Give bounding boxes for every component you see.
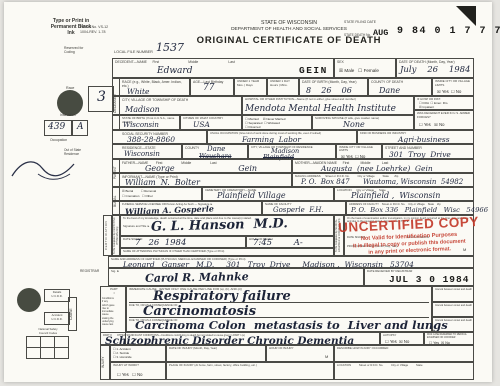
field-certifier-name-address: NAME AND ADDRESS OF CERTIFIER (PHYSICIAN… [108,256,474,268]
cemetery-value: Plainfield Village [217,191,286,200]
form-revision: 1004-REV. 1-78 [80,30,105,34]
residence-inside-limits-label: INSIDE CITY OR VILLAGE LIMITS [337,145,381,153]
field-county-of-death: COUNTY OF DEATH Dane [368,78,432,96]
citizen-label: CITIZEN OF WHAT COUNTRY [181,116,241,121]
field-residence-state: RESIDENCE—STATE Wisconsin [112,144,182,159]
field-facility-name: NAME OF FACILITY Gosperle F.H. [262,201,346,215]
reserved-for-coding: Reserved for Coding [64,46,106,54]
facility-address-value: P. O. Box 336 Plainfield Wisc 54966 [351,206,488,214]
date-received-label: DATE RECEIVED BY REGISTRAR [365,269,473,274]
field-date-of-death: DATE OF DEATH (Month, Day, Year) July 26… [396,58,474,78]
field-cemetery: CEMETERY OR CREMATORY—NAME Plainfield Vi… [202,187,334,201]
facility-name-value: Gosperle F.H. [273,206,324,214]
field-facility-address: ADDRESS OF FACILITY Street or R.F.D. No.… [346,201,474,215]
city-of-death-value: Madison [125,105,160,114]
field-case-referred: WAS CASE REFERRED TO MEDICAL EXAMINER OR… [424,332,474,345]
residence-state-value: Wisconsin [124,150,160,158]
nsc-grid-cell [40,347,55,359]
county-of-death-label: COUNTY OF DEATH [369,79,431,84]
part1-label: PART I [101,287,125,296]
race-value: White [127,87,149,96]
state-death-no-label: STATE DEATH No. [344,33,371,37]
date-of-birth-value: 8 26 06 [306,86,352,95]
decedent-first-name: Edward [157,66,192,76]
field-hospital: HOSPITAL OR OTHER INSTITUTION—Name (If n… [242,96,414,115]
section-registrar: REGISTRAR [80,269,99,273]
attending-physician-label: NAME OF ATTENDING PHYSICIAN IF OTHER THA… [121,249,333,253]
section-burial: BURIAL [112,187,120,215]
scanned-death-certificate: { "header": { "type_note": "Type or Prin… [0,0,500,386]
field-certification-statement: To the best of my knowledge, death occur… [120,215,334,236]
nsc-codes-label: National Safety Council Codes [26,327,70,335]
field-father-name: FATHER—NAME First Middle Last George Gei… [112,159,292,173]
field-attending-physician: NAME OF ATTENDING PHYSICIAN IF OTHER THA… [120,248,334,256]
under-1-day-label: UNDER 1 DAY Hours | Mins. [268,79,298,88]
field-mother-name: MOTHER—MAIDEN NAME First Middle Last Aug… [292,159,474,173]
field-city-of-death: CITY, VILLAGE OR TOWNSHIP OF DEATH Madis… [112,96,242,115]
autopsy-label: AUTOPSY [381,333,423,337]
date-of-death-value: July 26 1984 [400,65,470,75]
under-1-year-label: UNDER 1 YEAR Mos. | Days [235,79,266,88]
handwritten-scribble [8,150,80,186]
corner-fold [456,6,476,26]
place-of-injury-label: PLACE OF INJURY (At home, farm, street, … [167,363,333,367]
field-marital-status: ☐ Married ☒ Never Married ☐ Separated ☐ … [242,115,312,130]
business-value: Agri-business [398,135,450,144]
sex-label: SEX [335,59,395,64]
nsc-codes-grid [26,336,74,358]
field-date-signed: DATE SIGNED 7 26 1984 [120,236,246,248]
field-citizen: CITIZEN OF WHAT COUNTRY USA [180,115,242,130]
section-injury: INJURY [100,345,110,380]
race-code-value: 3 [97,89,106,105]
field-race: RACE (e.g., White, Black, Amer. Indian, … [112,78,190,96]
field-funeral-licensee: FUNERAL SERVICE LICENSEE OR Person Actin… [112,201,262,215]
interval-label-a: Interval between onset and death [433,287,473,291]
age-value: 77 [203,83,214,93]
decedent-last-name-stamp: GEIN [299,65,328,76]
street-number-value: 301 Troy Drive [389,150,451,159]
instruction-label: Instruction [60,113,76,117]
surviving-spouse-value: None [343,120,365,129]
field-residence-inside-limits: INSIDE CITY OR VILLAGE LIMITS ☒ Yes ☐ No [336,144,382,159]
date-signed-value: 7 26 1984 [135,238,186,248]
date-of-birth-label: DATE OF BIRTH (Month, Day, Year) [300,79,367,84]
cemetery-location-value: Plainfield , Wisconsin [351,191,440,200]
cause-line-c: Carcinoma Colon metastasis to Liver and … [135,318,448,332]
field-ssn: SOCIAL SECURITY NUMBER 388-28-8860 [112,130,207,144]
interval-box-b: Interval between onset and death [432,302,474,317]
field-sex: SEX ☒ Male ☐ Female [334,58,396,78]
section-parent: PARENT [112,159,120,187]
field-age: AGE—Last Birthday 77 [190,78,234,96]
field-mailing-address: MAILING ADDRESS Street or R.F.D. No. Cit… [292,173,474,187]
filing-month-stamp: AUG [373,28,388,38]
field-occupation: USUAL OCCUPATION (Give kind of work done… [207,130,357,144]
interval-label-b: Interval between onset and death [433,303,473,307]
county-of-death-value: Dane [379,86,400,95]
field-armed-forces: WAS DECEDENT EVER IN U.S. ARMED FORCES? … [414,110,474,130]
hour-of-injury-label: HOUR OF INJURY [267,346,333,351]
section-deceased: DECEASED [112,78,120,130]
field-cause-part1: IMMEDIATE CAUSE (ENTER ONLY ONE CAUSE PE… [126,286,432,332]
sex-value: ☒ Male ☐ Female [337,67,379,74]
field-registrar-signature: Sig. ► Carol R. Mahnke [108,268,364,286]
state-file-number: 9 84 0 1 7 7 7 1 [397,26,500,37]
conditions-note: Conditions if any which gave rise to imm… [102,297,126,326]
armed-forces-value: ☐ Yes ☒ No [417,121,444,127]
field-informant: INFORMANT—NAME (Type or Print) William N… [112,173,292,187]
informant-value: William N. Bolter [125,178,200,187]
field-injury-at-work: INJURY AT WORK? ☐ Yes ☐ No [110,362,166,380]
state-of-birth-value: Wisconsin [123,121,159,129]
form-number: FORM No. VS-12 [80,25,108,29]
hour-of-injury-m: M [325,354,328,359]
hospital-value: Mendota Mental Health Institute [245,104,396,114]
interval-box-a: Interval between onset and death [432,286,474,302]
interval-label-c: Interval between onset and death [433,318,473,322]
field-describe-injury: DESCRIBE HOW INJURY OCCURRED [334,345,474,362]
field-residence-city: CITY, VILLAGE OR TOWNSHIP OF RESIDENCE M… [248,144,336,159]
mailing-address-value: P. O. Box 847 Wautoma, Wisconsin 54982 [301,178,463,186]
code-box-1-value: 439 [48,122,65,132]
if-hosp-value: ☐ DOA ☐ Emer. Rm. ☒ Inpatient [417,101,448,110]
code-box-1: 439 [44,120,72,136]
citizen-value: USA [193,120,210,129]
document-page: Type or Print in Permanent Black Ink FOR… [4,2,492,382]
field-hour-of-death: HOUR OF DEATH 7:45 A- [246,236,334,248]
date-of-injury-label: DATE OF INJURY (Month, Day, Year) [167,346,265,351]
header-state: STATE OF WISCONSIN [164,20,414,26]
inside-limits-death-value: ☒ Yes ☐ No [435,88,461,94]
father-name-value: George Gein [145,164,257,173]
hole-punch-bottom [17,288,41,312]
local-file-number: 1537 [156,41,184,54]
date-of-death-label: DATE OF DEATH (Month, Day, Year) [397,59,473,64]
field-autopsy: AUTOPSY ☐ Yes ☒ No [380,332,424,345]
date-received-stamp: JUL 3 0 1984 [389,274,469,285]
field-surviving-spouse: SURVIVING SPOUSE (If wife, give maiden n… [312,115,414,130]
registrar-signature-value: Carol R. Mahnke [145,270,249,285]
ssn-value: 388-28-8860 [127,135,175,144]
manner-value: ☐ 1. Accident ☐ 2. Suicide ☐ 3. Homicide [111,346,165,359]
armed-forces-label: WAS DECEDENT EVER IN U.S. ARMED FORCES? [415,111,473,119]
field-disposition-method: ☒ Burial ☐ Removal ☐ Cremation ☐ Other [112,187,202,201]
describe-injury-label: DESCRIBE HOW INJURY OCCURRED [335,346,473,351]
field-inside-limits-death: INSIDE CITY OR VILLAGE LIMITS ☒ Yes ☐ No [432,78,474,96]
certifying-physician-strip: To Be Completed by CERTIFYING PHYSICIAN … [112,215,120,256]
hospital-label: HOSPITAL OR OTHER INSTITUTION—Name (If n… [243,97,413,102]
field-injury-location: LOCATION Street or R.F.D. No. City or Vi… [334,362,474,380]
accident-ucdd-box: Accident U.C.D.D. [44,312,70,325]
local-file-label: LOCAL FILE NUMBER [114,50,153,54]
state-filing-date-label: STATE FILING DATE [344,20,376,24]
field-cause-part2: PART II OTHER SIGNIFICANT CONDITIONS—Con… [100,332,380,345]
details-ucdd-box: Details U.C.D.D. [44,289,70,302]
field-hour-of-injury: HOUR OF INJURY M [266,345,334,362]
injury-at-work-value: ☐ Yes ☐ No [115,371,142,377]
disposition-method-value: ☒ Burial ☐ Removal ☐ Cremation ☐ Other [113,188,201,198]
field-date-of-injury: DATE OF INJURY (Month, Day, Year) [166,345,266,362]
field-state-of-birth: STATE OF BIRTH (If not in U.S.A., name c… [112,115,180,130]
field-manner: ☐ 1. Accident ☐ 2. Suicide ☐ 3. Homicide [110,345,166,362]
field-place-of-injury: PLACE OF INJURY (At home, farm, street, … [166,362,334,380]
injury-at-work-label: INJURY AT WORK? [111,363,165,368]
hour-of-death-value: 7:45 A- [253,238,303,248]
occupation-value: Farming Labor [242,135,301,144]
nsc-grid-cell [54,347,69,359]
uncertified-copy-stamp: UNCERTIFIED COPY Not Valid for Identific… [333,214,484,258]
certification-sig-label: Signature and Title ► [123,224,150,228]
nsc-grid-cell [26,347,41,359]
section-certification: CERTIFICATION [103,215,112,256]
field-under-1-day: UNDER 1 DAY Hours | Mins. [267,78,299,96]
mother-name-value: Augusta (nee Loehrke) Gein [321,164,433,173]
field-date-received: DATE RECEIVED BY REGISTRAR JUL 3 0 1984 [364,268,474,286]
marital-status-value: ☐ Married ☒ Never Married ☐ Separated ☐ … [243,116,311,130]
code-box-2: A [72,120,88,136]
autopsy-value: ☐ Yes ☒ No [383,338,409,344]
code-box-2-value: A [77,122,84,132]
race-code-label: Race [66,86,74,90]
case-referred-label: WAS CASE REFERRED TO MEDICAL EXAMINER OR… [425,333,473,340]
field-street-number: STREET AND NUMBER 301 Troy Drive [382,144,474,159]
field-cemetery-location: LOCATION City or Village State Plainfiel… [334,187,474,201]
section-cause: CAUSE [68,297,77,331]
field-residence-county: COUNTY Dane Waushara [182,144,248,159]
city-of-death-label: CITY, VILLAGE OR TOWNSHIP OF DEATH [113,97,241,102]
occupation-code-label: Occupation [50,138,67,142]
injury-location-label: LOCATION Street or R.F.D. No. City or Vi… [335,363,473,367]
field-date-of-birth: DATE OF BIRTH (Month, Day, Year) 8 26 06 [299,78,368,96]
interval-box-c: Interval between onset and death [432,317,474,332]
race-code-box: 3 [88,86,114,112]
race-label: RACE (e.g., White, Black, Amer. Indian, … [113,79,189,89]
inside-limits-death-label: INSIDE CITY OR VILLAGE LIMITS [433,79,473,87]
field-decedent-name: DECEDENT—NAME First Middle Last Edward G… [112,58,334,78]
field-if-hosp-or-inst: IF HOSP OR INST: ☐ DOA ☐ Emer. Rm. ☒ Inp… [414,96,474,110]
decedent-name-label: DECEDENT—NAME First Middle Last [113,59,333,64]
field-under-1-year: UNDER 1 YEAR Mos. | Days [234,78,267,96]
field-business: KIND OF BUSINESS OR INDUSTRY Agri-busine… [357,130,474,144]
certifier-signature: G. L. Hanson M.D. [151,216,288,235]
